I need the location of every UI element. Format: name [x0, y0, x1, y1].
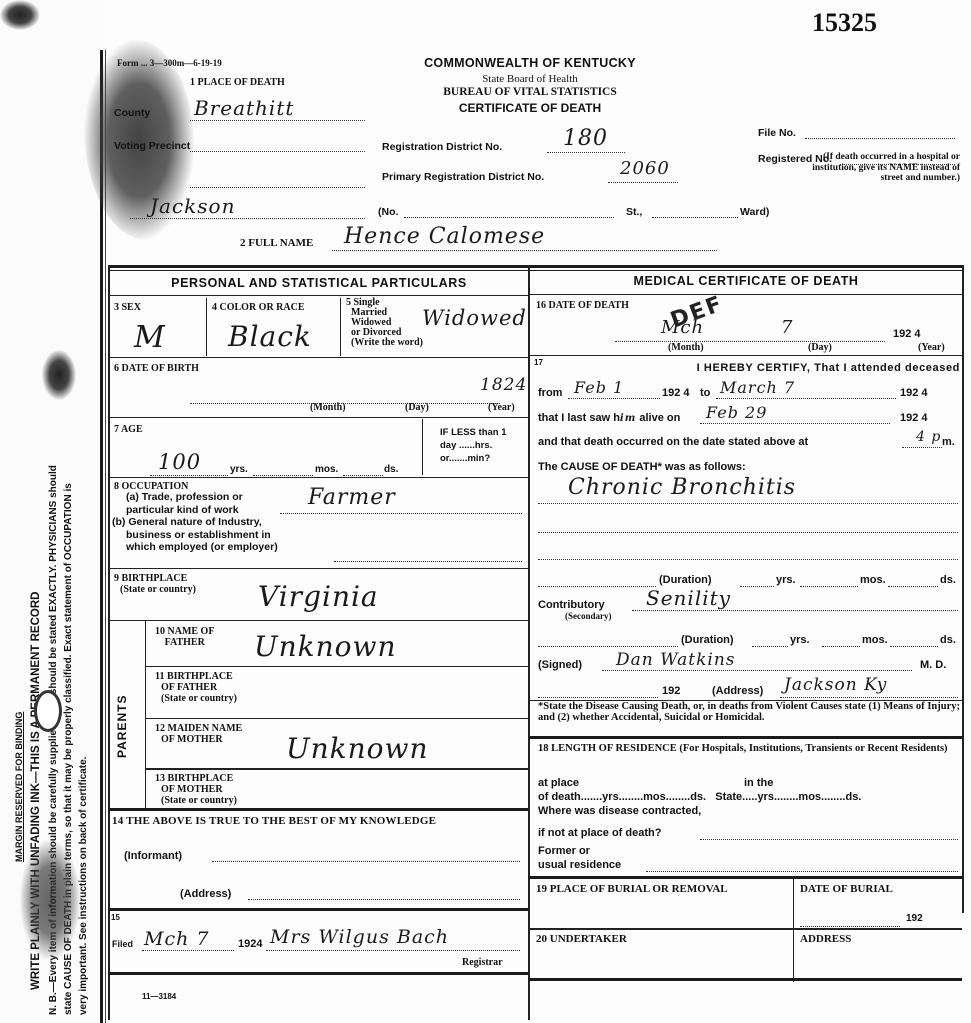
header-board: State Board of Health [380, 73, 680, 85]
filed-number: 15 [111, 913, 120, 922]
mother-birthplace-label: 13 BIRTHPLACE OF MOTHER (State or countr… [155, 773, 237, 806]
signed-year: 192 [662, 685, 680, 697]
left-border [108, 265, 110, 1020]
undertaker-address-label: ADDRESS [800, 933, 851, 945]
attended-from-year: 192 4 [662, 387, 690, 399]
attended-to-label: to [700, 387, 710, 399]
dod-year-value: 192 4 [893, 328, 921, 340]
undertaker-address-field[interactable] [800, 948, 958, 976]
attended-from-field[interactable]: Feb 1 [568, 390, 660, 399]
at-place-label: at place [538, 777, 579, 789]
hospital-note-text: (If death occurred in a hospital or inst… [796, 152, 960, 184]
attended-from-value: Feb 1 [574, 378, 624, 397]
filed-date-field[interactable]: Mch 7 [142, 940, 234, 951]
sex-field[interactable]: M [112, 300, 204, 356]
personal-section-title: PERSONAL AND STATISTICAL PARTICULARS [110, 276, 528, 290]
dod-field[interactable]: Mch 7 [615, 333, 885, 342]
place-of-death-title: 1 PLACE OF DEATH [190, 77, 285, 88]
city-field[interactable]: Jackson [130, 204, 365, 219]
contributory-label: Contributory [538, 599, 605, 611]
filed-year: 1924 [238, 938, 262, 950]
footer-code: 11—3184 [142, 992, 176, 1001]
primary-registration-field[interactable]: 2060 [608, 170, 678, 183]
former-label: Former or [538, 845, 590, 857]
burial-place-label: 19 PLACE OF BURIAL OR REMOVAL [536, 883, 728, 895]
cause-value: Chronic Bronchitis [568, 475, 796, 500]
burial-year: 192 [906, 913, 923, 924]
occurred-time-value: 4 p [916, 429, 941, 445]
attended-to-field[interactable]: March 7 [716, 390, 896, 399]
dob-year-value: 1824 [480, 375, 527, 395]
dod-label: 16 DATE OF DEATH [536, 300, 629, 311]
cause-field[interactable]: Chronic Bronchitis [538, 495, 958, 504]
filed-date-value: Mch 7 [144, 928, 209, 950]
physician-signature: Dan Watkins [616, 650, 736, 670]
dod-day-caption: (Day) [808, 342, 832, 353]
dob-year-caption: (Year) [488, 402, 515, 413]
father-birthplace-label: 11 BIRTHPLACE OF FATHER (State or countr… [155, 671, 237, 704]
attended-from-label: from [538, 387, 562, 399]
duration2-ds-label: ds. [940, 634, 956, 646]
birthplace-sub: (State or country) [120, 584, 196, 595]
birthplace-label: 9 BIRTHPLACE [114, 573, 187, 584]
registrar-field[interactable]: Mrs Wilgus Bach [266, 940, 520, 951]
bottom-smudge [20, 840, 80, 960]
registrar-name: Mrs Wilgus Bach [270, 926, 449, 948]
margin-reserved-text: MARGIN RESERVED FOR BINDING [14, 712, 24, 862]
full-name-label: 2 FULL NAME [240, 237, 313, 249]
header-commonwealth: COMMONWEALTH OF KENTUCKY [380, 56, 680, 70]
physician-address-label: (Address) [712, 685, 763, 697]
burial-date-field[interactable] [800, 918, 900, 927]
street-field[interactable] [652, 205, 738, 218]
duration-mos-spacer[interactable] [800, 578, 858, 587]
dod-year-caption: (Year) [918, 342, 945, 353]
parents-label: PARENTS [115, 695, 129, 758]
attended-to-year: 192 4 [900, 387, 928, 399]
undertaker-field[interactable] [536, 948, 790, 976]
county-value: Breathitt [194, 96, 294, 120]
in-the-label: in the [744, 777, 773, 789]
father-birthplace-field[interactable] [280, 672, 520, 708]
residence-duration-line: of death.......yrs........mos........ds.… [538, 791, 861, 803]
cause-label: The CAUSE OF DEATH* was as follows: [538, 461, 746, 473]
duration2-label: (Duration) [681, 634, 734, 646]
age-yrs-label: yrs. [230, 464, 248, 475]
occurred-time-field[interactable]: 4 p [902, 439, 942, 448]
undertaker-label: 20 UNDERTAKER [536, 933, 627, 945]
dob-month-caption: (Month) [310, 402, 346, 413]
occupation-field[interactable]: Farmer [280, 503, 522, 514]
mother-maiden-name-value: Unknown [286, 732, 429, 765]
attended-to-value: March 7 [720, 378, 795, 397]
occupation-a-text: (a) Trade, profession or particular kind… [112, 491, 278, 554]
signed-date-field[interactable] [538, 689, 658, 698]
registrar-label: Registrar [462, 957, 503, 968]
right-border [962, 265, 964, 913]
file-no-label: File No. [758, 127, 796, 139]
duration2-ds-field[interactable] [890, 638, 938, 647]
dod-day-value: 7 [781, 317, 793, 338]
not-at-place-label: if not at place of death? [538, 827, 661, 839]
certify-text: I HEREBY CERTIFY, That I attended deceas… [576, 362, 960, 374]
margin-instruction-4: very important. See instructions on back… [78, 757, 89, 1015]
center-divider [528, 265, 530, 1020]
mother-maiden-name-label: 12 MAIDEN NAME OF MOTHER [155, 723, 242, 745]
registration-district-field[interactable]: 180 [547, 140, 625, 153]
birthplace-value: Virginia [258, 580, 379, 613]
primary-registration-value: 2060 [620, 158, 670, 179]
voting-precinct-label: Voting Precinct [114, 140, 190, 152]
city-value: Jackson [150, 194, 235, 218]
contracted-field[interactable] [700, 831, 958, 840]
signed-label: (Signed) [538, 659, 582, 671]
county-field[interactable]: Breathitt [190, 106, 365, 121]
less-than-day-note: IF LESS than 1 day ......hrs. or.......m… [440, 426, 507, 465]
filed-label: Filed [112, 939, 133, 949]
duration2-mos-label: mos. [862, 634, 888, 646]
medical-section-title: MEDICAL CERTIFICATE OF DEATH [530, 274, 962, 288]
certificate-number: 15325 [812, 8, 877, 38]
age-ds-label: ds. [384, 464, 398, 475]
burial-date-label: DATE OF BURIAL [800, 883, 893, 895]
dod-month-caption: (Month) [668, 342, 704, 353]
duration-yrs-label: yrs. [776, 574, 796, 586]
age-label: 7 AGE [114, 424, 143, 435]
last-saw-value: Feb 29 [706, 403, 767, 422]
top-rule [108, 265, 963, 268]
duration-yrs-field[interactable] [740, 578, 774, 587]
registration-district-value: 180 [563, 126, 608, 151]
burial-place-field[interactable] [536, 898, 790, 928]
age-years-field[interactable]: 100 [150, 467, 228, 476]
header-certificate: CERTIFICATE OF DEATH [380, 101, 680, 115]
race-value: Black [228, 320, 312, 353]
marital-field[interactable]: Widowed [420, 300, 525, 356]
informant-field[interactable] [212, 853, 520, 862]
hole-punch-top [42, 350, 76, 400]
last-saw-label: that I last saw him alive on [538, 412, 680, 424]
duration-label: (Duration) [659, 574, 712, 586]
duration-field[interactable] [538, 578, 656, 587]
mother-birthplace-field[interactable] [280, 774, 520, 806]
file-no-field[interactable] [805, 126, 955, 139]
secondary-label: (Secondary) [565, 611, 612, 621]
duration-ds-field[interactable] [888, 578, 938, 587]
informant-label: (Informant) [124, 850, 182, 862]
age-value: 100 [158, 450, 201, 474]
duration-ds-label: ds. [940, 574, 956, 586]
duration-mos-label: mos. [860, 574, 886, 586]
father-name-value: Unknown [254, 630, 397, 663]
occupation-value: Farmer [308, 485, 396, 510]
usual-residence-label: usual residence [538, 859, 621, 871]
street-label: St., [626, 206, 642, 218]
race-field[interactable]: Black [210, 300, 338, 356]
contracted-label: Where was disease contracted, [538, 805, 701, 817]
dob-day-caption: (Day) [405, 402, 429, 413]
occurred-m: m. [942, 436, 955, 448]
corner-smudge [0, 0, 40, 30]
mother-maiden-name-field[interactable]: Unknown [280, 724, 520, 764]
duration2-yrs-label: yrs. [790, 634, 810, 646]
duration2-yrs-field[interactable] [752, 638, 788, 647]
residence-label: 18 LENGTH OF RESIDENCE (For Hospitals, I… [538, 743, 960, 755]
age-days-field[interactable] [343, 467, 383, 476]
cause-field-3[interactable] [538, 551, 958, 560]
knowledge-statement: 14 THE ABOVE IS TRUE TO THE BEST OF MY K… [112, 815, 436, 827]
dob-label: 6 DATE OF BIRTH [114, 363, 199, 374]
last-saw-field[interactable]: Feb 29 [700, 415, 890, 424]
cause-field-2[interactable] [538, 524, 958, 533]
physician-address-field[interactable]: Jackson Ky [780, 689, 958, 698]
marital-value: Widowed [422, 306, 527, 330]
last-saw-year: 192 4 [900, 412, 928, 424]
street-number-label: (No. [378, 206, 398, 218]
full-name-field[interactable]: Hence Calomese [332, 236, 717, 251]
marital-label: 5 Single Married Widowed or Divorced (Wr… [346, 298, 423, 348]
header-bureau: BUREAU OF VITAL STATISTICS [380, 86, 680, 98]
certify-number: 17 [534, 358, 543, 367]
father-name-label: 10 NAME OF FATHER [155, 626, 214, 648]
street-number-field[interactable] [404, 205, 614, 218]
registration-district-label: Registration District No. [382, 141, 502, 153]
father-name-field[interactable]: Unknown [240, 628, 520, 664]
occurred-text: and that death occurred on the date stat… [538, 436, 808, 448]
full-name-value: Hence Calomese [344, 224, 545, 249]
cause-footnote: *State the Disease Causing Death, or, in… [538, 701, 960, 723]
voting-precinct-field[interactable] [190, 139, 365, 152]
birthplace-field[interactable]: Virginia [240, 576, 520, 616]
hole-punch-bottom [34, 690, 62, 732]
duration2-mos-spacer[interactable] [822, 638, 860, 647]
informant-address-label: (Address) [180, 888, 231, 900]
informant-address-field[interactable] [248, 891, 520, 900]
physician-signature-field[interactable]: Dan Watkins [602, 662, 912, 671]
township-field[interactable] [190, 175, 365, 188]
primary-registration-label: Primary Registration District No. [382, 171, 544, 183]
employer-field[interactable] [334, 553, 522, 562]
age-mos-label: mos. [315, 464, 338, 475]
physician-address: Jackson Ky [784, 675, 887, 695]
county-label: County [114, 107, 150, 119]
ward-label: Ward) [740, 206, 769, 218]
sex-value: M [134, 320, 166, 355]
duration2-field[interactable] [538, 638, 678, 647]
contributory-value: Senility [646, 586, 731, 610]
usual-residence-field[interactable] [646, 863, 958, 872]
age-months-field[interactable] [253, 467, 313, 476]
contributory-field[interactable]: Senility [632, 602, 958, 611]
md-label: M. D. [920, 659, 946, 671]
form-number: Form ... 3—300m—6-19-19 [117, 58, 222, 68]
